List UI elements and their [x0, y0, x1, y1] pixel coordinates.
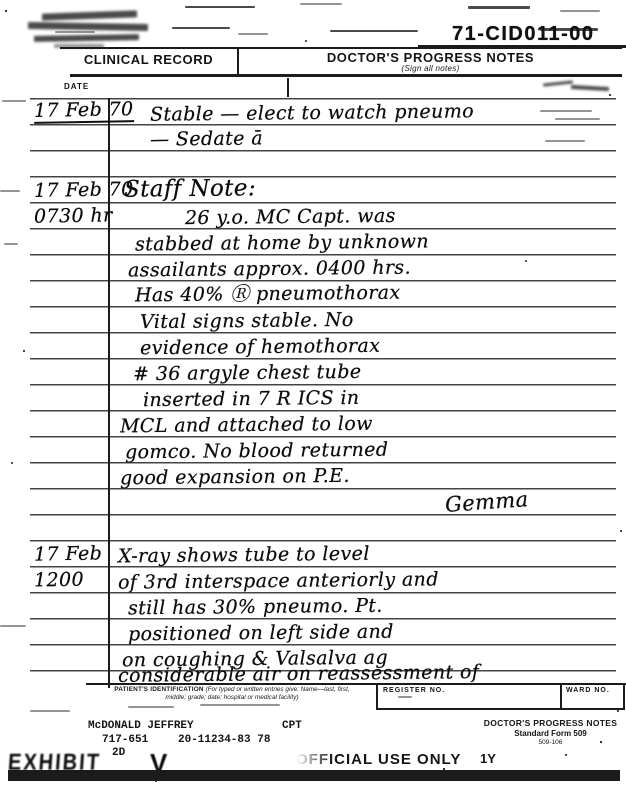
entry3-date: 17 Feb: [34, 542, 103, 565]
note-row: good expansion on P.E.: [0, 462, 626, 488]
note-row: stabbed at home by unknown: [0, 228, 626, 254]
ward-box-border: [560, 683, 562, 710]
register-box-border: [376, 683, 378, 710]
patient-ward-number: 2D: [112, 747, 125, 759]
entry2-line: gomco. No blood returned: [125, 439, 389, 464]
entry2-line: Has 40% Ⓡ pneumothorax: [135, 278, 401, 308]
entry2-line: evidence of hemothorax: [140, 335, 381, 360]
entry3-line: positioned on left side and: [128, 621, 394, 646]
entry2-title: Staff Note:: [124, 175, 256, 202]
scan-artifact: [128, 706, 174, 708]
scan-artifact: [468, 6, 530, 9]
entry3-line: still has 30% pneumo. Pt.: [128, 595, 383, 620]
scan-artifact: [398, 696, 412, 698]
entry2-date: 17 Feb 70: [34, 178, 134, 202]
entry2-line: 26 y.o. MC Capt. was: [185, 205, 396, 229]
note-row: still has 30% pneumo. Pt.: [0, 592, 626, 618]
entry2-signature: Gemma: [444, 487, 529, 517]
note-row: evidence of hemothorax: [0, 332, 626, 358]
note-row: considerable air on reassessment of: [0, 659, 626, 685]
note-row: 1200 of 3rd interspace anteriorly and: [0, 566, 626, 592]
patient-name: McDONALD JEFFREY: [88, 720, 194, 732]
scan-artifact: [30, 710, 70, 712]
note-row: 0730 hr 26 y.o. MC Capt. was: [0, 202, 626, 228]
entry2-line: # 36 argyle chest tube: [133, 361, 362, 385]
progress-notes-subtitle: (Sign all notes): [239, 64, 622, 73]
footer-top-border: [86, 683, 626, 685]
ward-no-label: WARD NO.: [566, 687, 610, 694]
patient-rank: CPT: [282, 720, 302, 732]
date-column-label: DATE: [64, 82, 89, 91]
note-row: 17 Feb 70 Stable — elect to watch pneumo: [0, 98, 626, 124]
note-row: inserted in 7 R ICS in: [0, 384, 626, 410]
box-bottom-border: [376, 708, 625, 710]
register-no-label: REGISTER NO.: [383, 687, 445, 694]
patient-register-number: 717-651: [102, 734, 148, 746]
note-row: MCL and attached to low: [0, 410, 626, 436]
illegible-stamp: [24, 10, 169, 50]
case-number-stamp: 71-CID011-00: [452, 23, 595, 46]
form-code: 509-106: [478, 739, 623, 746]
scan-artifact: [200, 704, 280, 706]
scan-artifact: [185, 6, 255, 8]
form-name: Standard Form 509: [478, 729, 623, 738]
progress-notes-title: DOCTOR'S PROGRESS NOTES: [239, 50, 622, 65]
scan-artifact: [238, 33, 268, 35]
header-bottom-border: [70, 74, 622, 77]
note-row: 17 Feb 70 Staff Note:: [0, 176, 626, 202]
entry2-line: MCL and attached to low: [120, 413, 373, 438]
note-row: 17 Feb X-ray shows tube to level: [0, 540, 626, 566]
entry1-line: Stable — elect to watch pneumo: [150, 100, 474, 125]
official-use-only-stamp: OFFICIAL USE ONLY: [296, 751, 461, 768]
clinical-record-title: CLINICAL RECORD: [60, 52, 237, 67]
note-row: gomco. No blood returned: [0, 436, 626, 462]
entry3-line: of 3rd interspace anteriorly and: [118, 568, 439, 593]
patient-service-number: 20-11234-83 78: [178, 734, 270, 746]
scan-artifact: [560, 10, 600, 12]
patient-id-label: PATIENT'S IDENTIFICATION: [114, 686, 203, 693]
patient-id-caption-line2: middle; grade; date; hospital or medical…: [165, 694, 298, 701]
entry2-line: stabbed at home by unknown: [135, 230, 429, 255]
scan-noise: [5, 10, 7, 12]
scan-artifact: [330, 30, 418, 32]
scan-artifact: [172, 27, 230, 29]
entry2-time: 0730 hr: [34, 204, 113, 227]
note-row: # 36 argyle chest tube: [0, 358, 626, 384]
scan-artifact: [300, 3, 342, 5]
entry1-line: — Sedate ā: [150, 127, 263, 150]
form-id-block: DOCTOR'S PROGRESS NOTES Standard Form 50…: [478, 718, 623, 746]
entry1-date: 17 Feb 70: [34, 98, 134, 124]
entry3-line: X-ray shows tube to level: [118, 543, 370, 568]
date-row-divider: [287, 78, 289, 97]
note-row: — Sedate ā: [0, 124, 626, 150]
header-top-border: [60, 47, 622, 49]
entry3-time: 1200: [34, 569, 84, 592]
official-use-suffix: 1Y: [480, 751, 496, 766]
note-row: Has 40% Ⓡ pneumothorax: [0, 280, 626, 306]
note-row: assailants approx. 0400 hrs.: [0, 254, 626, 280]
entry2-line: Vital signs stable. No: [140, 309, 354, 333]
scan-scribble: [543, 80, 613, 94]
redaction-bar: [8, 770, 620, 781]
form-title: DOCTOR'S PROGRESS NOTES: [478, 718, 623, 728]
entry2-line: good expansion on P.E.: [120, 465, 350, 489]
box-right-border: [623, 683, 625, 710]
note-row: positioned on left side and: [0, 618, 626, 644]
patient-id-caption-line1: (For typed or written entries give: Name…: [205, 686, 349, 693]
entry2-line: inserted in 7 R ICS in: [143, 387, 360, 411]
note-row: Gemma: [0, 488, 626, 514]
note-row: Vital signs stable. No: [0, 306, 626, 332]
patient-id-caption: PATIENT'S IDENTIFICATION (For typed or w…: [90, 686, 374, 701]
scanned-document-page: 71-CID011-00 CLINICAL RECORD DOCTOR'S PR…: [0, 0, 626, 796]
